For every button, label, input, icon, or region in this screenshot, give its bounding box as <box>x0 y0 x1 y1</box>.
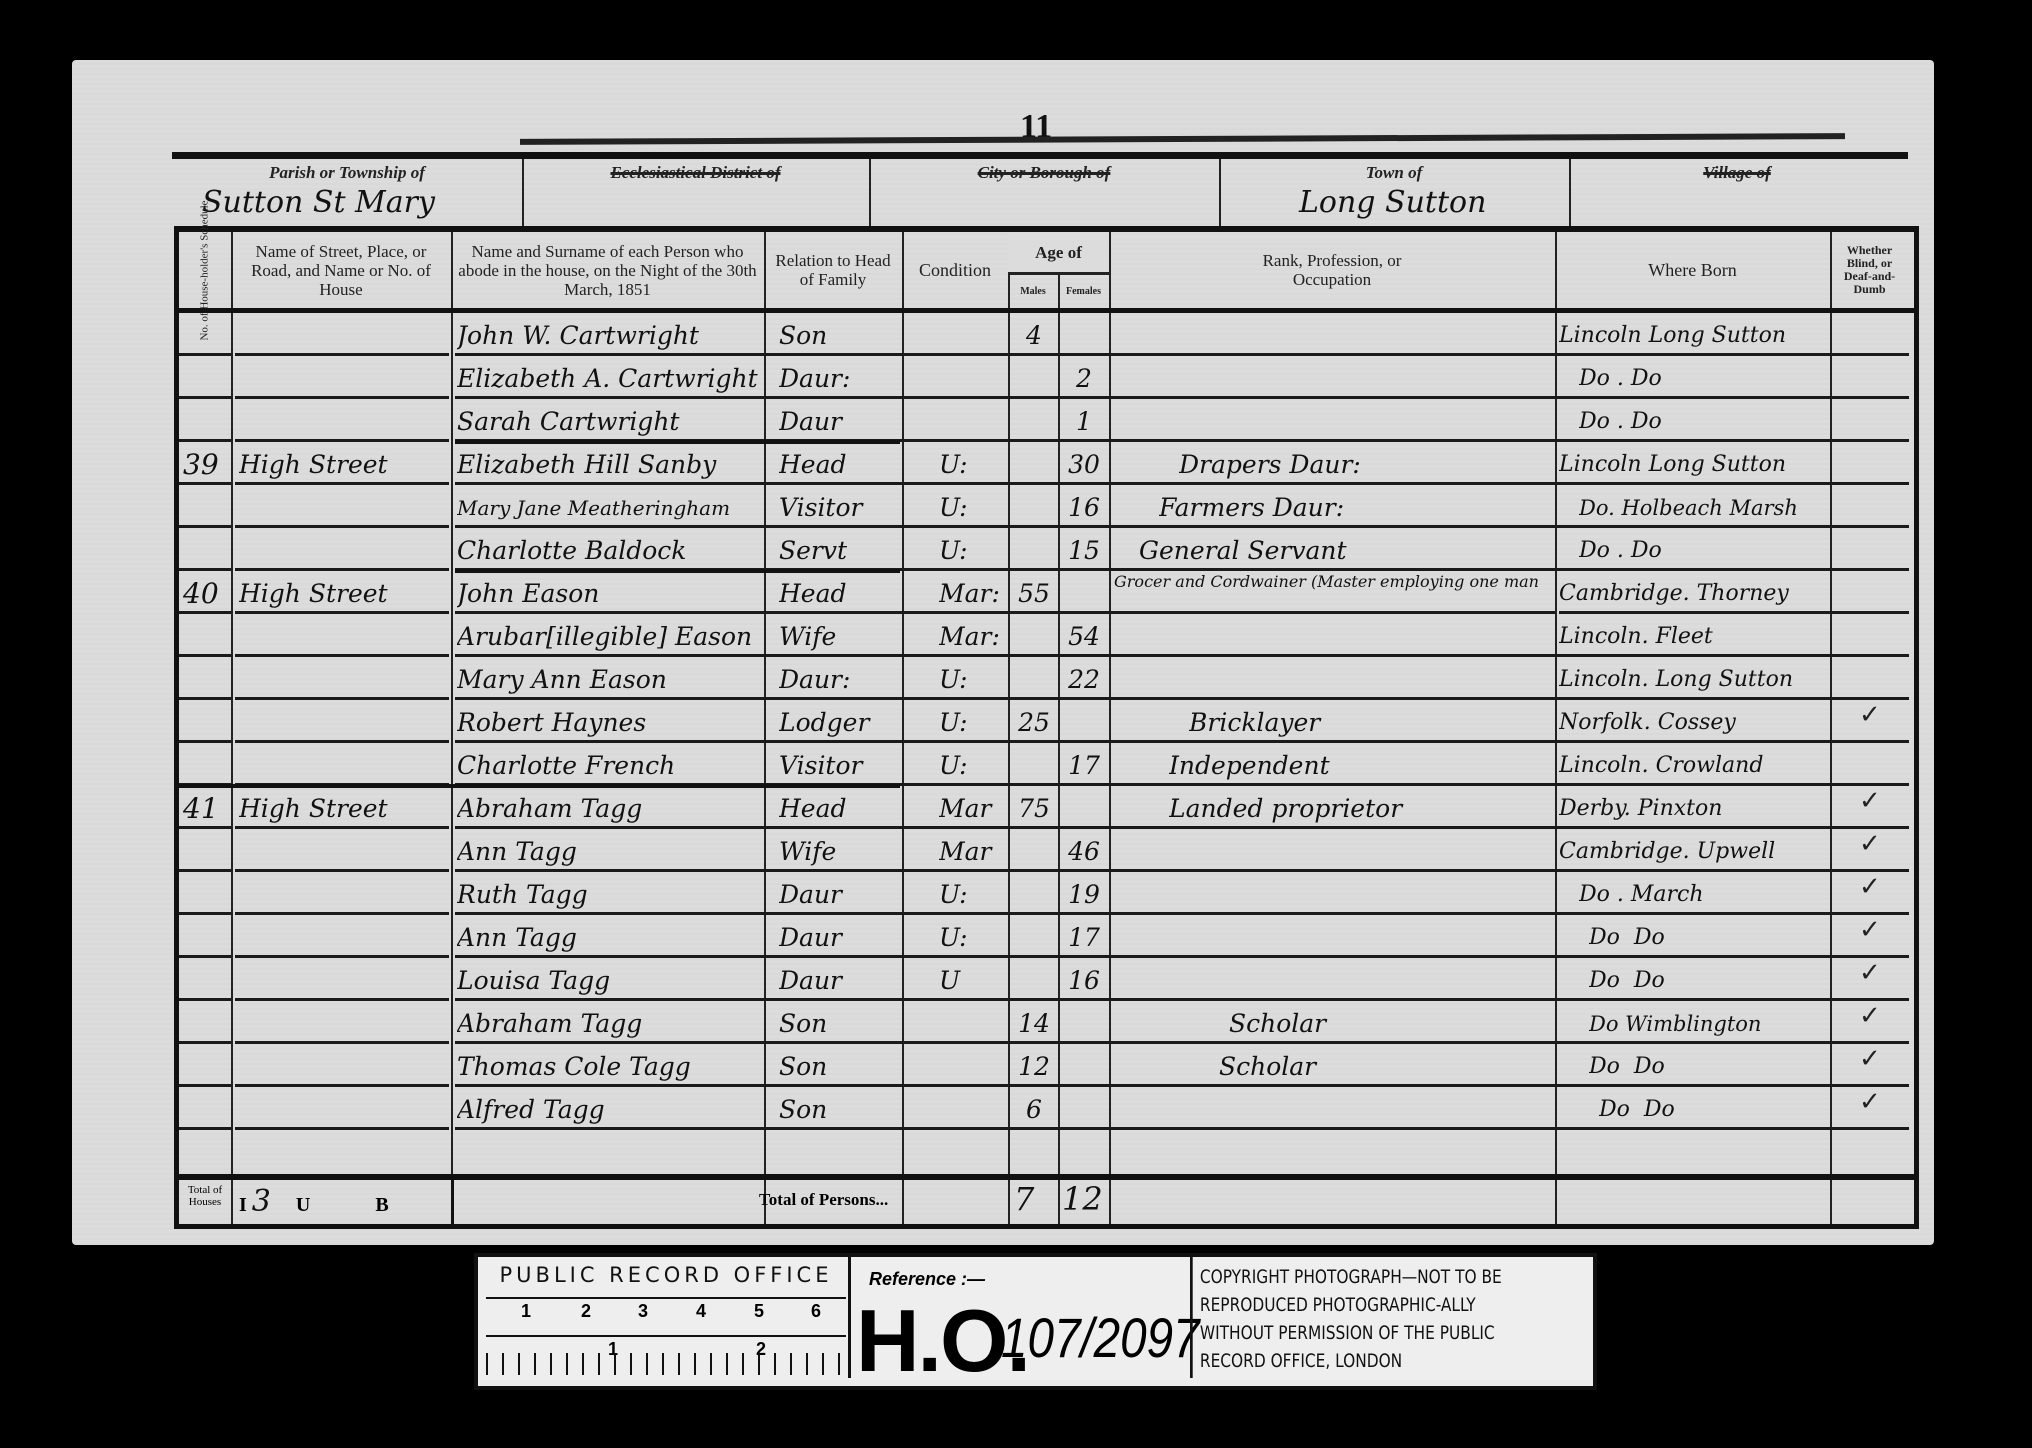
inhabited-value: 3 <box>252 1184 271 1219</box>
person-name: John Eason <box>457 571 762 614</box>
person-name: Mary Ann Eason <box>457 657 762 700</box>
schedule-number <box>183 528 229 571</box>
table-row <box>179 1130 1914 1173</box>
condition <box>939 1044 1004 1087</box>
table-row: Thomas Cole Tagg Son 12 Scholar Do Do ✓ <box>179 1044 1914 1087</box>
copyright-notice: COPYRIGHT PHOTOGRAPH—NOT TO BE REPRODUCE… <box>1190 1257 1546 1378</box>
table-row: John W. Cartwright Son 4 Lincoln Long Su… <box>179 313 1914 356</box>
header-name: Name and Surname of each Person who abod… <box>451 232 764 308</box>
street <box>239 829 444 872</box>
where-born: Lincoln. Long Sutton <box>1559 657 1829 700</box>
occupation: Bricklayer <box>1189 700 1549 743</box>
schedule-number <box>183 356 229 399</box>
females-total: 12 <box>1062 1180 1103 1218</box>
schedule-number <box>183 1044 229 1087</box>
relation: Wife <box>779 614 899 657</box>
street: High Street <box>239 571 444 614</box>
occupation: General Servant <box>1139 528 1549 571</box>
female-age <box>1062 571 1106 614</box>
table-row: Ann Tagg Wife Mar 46 Cambridge. Upwell ✓ <box>179 829 1914 872</box>
where-born: Do . March <box>1579 872 1829 915</box>
street <box>239 915 444 958</box>
female-age: 30 <box>1062 442 1106 485</box>
person-name: Abraham Tagg <box>457 1001 762 1044</box>
street <box>239 1001 444 1044</box>
ruler-section: PUBLIC RECORD OFFICE 1 2 3 4 5 6 1 2 <box>486 1263 846 1373</box>
male-age: 25 <box>1012 700 1056 743</box>
town-label: Town of <box>1219 163 1569 183</box>
table-row: Mary Ann Eason Daur: U: 22 Lincoln. Long… <box>179 657 1914 700</box>
male-age: 12 <box>1012 1044 1056 1087</box>
street <box>239 958 444 1001</box>
check-mark-icon: ✓ <box>1859 829 1881 859</box>
header-relation: Relation to Head of Family <box>764 232 902 308</box>
header-blind: Whether Blind, or Deaf-and-Dumb <box>1830 232 1909 308</box>
street <box>239 743 444 786</box>
table-row: 40 High Street John Eason Head Mar: 55 G… <box>179 571 1914 614</box>
public-record-office-label: PUBLIC RECORD OFFICE 1 2 3 4 5 6 1 2 Ref… <box>474 1253 1597 1390</box>
person-name: Alfred Tagg <box>457 1087 762 1130</box>
relation: Son <box>779 1001 899 1044</box>
person-name: Charlotte Baldock <box>457 528 762 571</box>
ecclesiastical-label: Ecclesiastical District of <box>522 163 869 183</box>
condition: U: <box>939 485 1004 528</box>
person-name: Abraham Tagg <box>457 786 762 829</box>
occupation <box>1129 399 1549 442</box>
street <box>239 1087 444 1130</box>
street: High Street <box>239 442 444 485</box>
female-age: 16 <box>1062 958 1106 1001</box>
schedule-number: 39 <box>183 442 229 485</box>
male-age <box>1012 485 1056 528</box>
check-mark-icon: ✓ <box>1859 786 1881 816</box>
occupation <box>1129 356 1549 399</box>
schedule-number: 40 <box>183 571 229 614</box>
male-age <box>1012 958 1056 1001</box>
table-row: Ruth Tagg Daur U: 19 Do . March ✓ <box>179 872 1914 915</box>
where-born: Lincoln. Fleet <box>1559 614 1829 657</box>
table-row: Ann Tagg Daur U: 17 Do Do ✓ <box>179 915 1914 958</box>
male-age <box>1012 915 1056 958</box>
relation: Son <box>779 1087 899 1130</box>
street <box>239 485 444 528</box>
condition: Mar: <box>939 571 1004 614</box>
female-age: 46 <box>1062 829 1106 872</box>
relation: Wife <box>779 829 899 872</box>
village-cell: Village of <box>1569 159 1905 231</box>
header-street: Name of Street, Place, or Road, and Name… <box>231 232 451 308</box>
table-row: Arubar[illegible] Eason Wife Mar: 54 Lin… <box>179 614 1914 657</box>
where-born: Cambridge. Thorney <box>1559 571 1829 614</box>
occupation <box>1129 915 1549 958</box>
schedule-number <box>183 700 229 743</box>
houses-counts: I 3 U B <box>239 1184 389 1219</box>
female-age: 1 <box>1062 399 1106 442</box>
schedule-number <box>183 872 229 915</box>
total-houses-label: Total of Houses <box>179 1184 231 1208</box>
reference-number: 107/2097 <box>1001 1305 1200 1370</box>
check-mark-icon: ✓ <box>1859 915 1881 945</box>
male-age: 55 <box>1012 571 1056 614</box>
office-title: PUBLIC RECORD OFFICE <box>486 1263 846 1287</box>
table-row: Louisa Tagg Daur U 16 Do Do ✓ <box>179 958 1914 1001</box>
city-cell: City or Borough of <box>869 159 1221 231</box>
female-age <box>1062 786 1106 829</box>
female-age: 2 <box>1062 356 1106 399</box>
reference-section: Reference :— H.O. 107/2097 <box>848 1257 1191 1378</box>
header-age-of: Age of <box>1008 232 1109 275</box>
person-name <box>457 1130 762 1173</box>
condition: U: <box>939 657 1004 700</box>
city-label: City or Borough of <box>869 163 1219 183</box>
where-born: Do . Do <box>1579 399 1829 442</box>
schedule-number <box>183 915 229 958</box>
condition <box>939 399 1004 442</box>
condition: U: <box>939 442 1004 485</box>
condition: Mar <box>939 786 1004 829</box>
schedule-number <box>183 1001 229 1044</box>
census-table: No. of House-holder's Schedule Name of S… <box>174 226 1919 1229</box>
table-row: Charlotte French Visitor U: 17 Independe… <box>179 743 1914 786</box>
condition: U: <box>939 872 1004 915</box>
where-born: Norfolk. Cossey <box>1559 700 1829 743</box>
check-mark-icon: ✓ <box>1859 872 1881 902</box>
table-row: Sarah Cartwright Daur 1 Do . Do <box>179 399 1914 442</box>
table-row: Mary Jane Meatheringham Visitor U: 16 Fa… <box>179 485 1914 528</box>
condition <box>939 313 1004 356</box>
occupation: Drapers Daur: <box>1179 442 1549 485</box>
female-age: 17 <box>1062 743 1106 786</box>
condition: Mar: <box>939 614 1004 657</box>
street <box>239 1044 444 1087</box>
male-age <box>1012 399 1056 442</box>
female-age <box>1062 313 1106 356</box>
occupation: Scholar <box>1229 1001 1549 1044</box>
parish-label: Parish or Township of <box>172 163 522 183</box>
check-mark-icon: ✓ <box>1859 1001 1881 1031</box>
occupation <box>1129 1087 1549 1130</box>
female-age <box>1062 1087 1106 1130</box>
occupation: Independent <box>1169 743 1549 786</box>
where-born: Lincoln. Crowland <box>1559 743 1829 786</box>
condition: U: <box>939 528 1004 571</box>
where-born: Do . Do <box>1579 528 1829 571</box>
males-total: 7 <box>1014 1180 1034 1218</box>
schedule-number <box>183 1087 229 1130</box>
occupation: Scholar <box>1219 1044 1549 1087</box>
table-row: 41 High Street Abraham Tagg Head Mar 75 … <box>179 786 1914 829</box>
table-row: Abraham Tagg Son 14 Scholar Do Wimblingt… <box>179 1001 1914 1044</box>
reference-label: Reference :— <box>869 1269 985 1290</box>
relation: Lodger <box>779 700 899 743</box>
condition <box>939 1001 1004 1044</box>
person-name: Ann Tagg <box>457 915 762 958</box>
person-name: John W. Cartwright <box>457 313 762 356</box>
male-age: 14 <box>1012 1001 1056 1044</box>
building-prefix: B <box>375 1194 388 1216</box>
relation: Head <box>779 786 899 829</box>
relation: Son <box>779 313 899 356</box>
where-born: Do Do <box>1599 1087 1829 1130</box>
schedule-number <box>183 614 229 657</box>
parish-cell: Parish or Township of Sutton St Mary <box>172 159 524 231</box>
where-born: Lincoln Long Sutton <box>1559 313 1829 356</box>
relation: Daur: <box>779 356 899 399</box>
male-age <box>1012 657 1056 700</box>
street <box>239 657 444 700</box>
table-row: 39 High Street Elizabeth Hill Sanby Head… <box>179 442 1914 485</box>
female-age <box>1062 1001 1106 1044</box>
condition: U: <box>939 915 1004 958</box>
parish-value: Sutton St Mary <box>202 185 435 220</box>
town-cell: Town of Long Sutton <box>1219 159 1571 231</box>
where-born: Do. Holbeach Marsh <box>1579 485 1829 528</box>
street: High Street <box>239 786 444 829</box>
total-persons-label: Total of Persons... <box>759 1190 888 1210</box>
occupation <box>1129 958 1549 1001</box>
occupation <box>1129 614 1549 657</box>
schedule-number <box>183 313 229 356</box>
male-age <box>1012 872 1056 915</box>
male-age <box>1012 356 1056 399</box>
check-mark-icon: ✓ <box>1859 1087 1881 1117</box>
female-age: 19 <box>1062 872 1106 915</box>
male-age: 75 <box>1012 786 1056 829</box>
person-name: Thomas Cole Tagg <box>457 1044 762 1087</box>
occupation <box>1129 829 1549 872</box>
totals-row: Total of Houses I 3 U B Total of Persons… <box>179 1174 1914 1224</box>
condition <box>939 356 1004 399</box>
header-occupation: Rank, Profession, or Occupation <box>1109 232 1555 308</box>
ecclesiastical-cell: Ecclesiastical District of <box>522 159 871 231</box>
table-row: Elizabeth A. Cartwright Daur: 2 Do . Do <box>179 356 1914 399</box>
relation: Head <box>779 571 899 614</box>
check-mark-icon: ✓ <box>1859 958 1881 988</box>
street <box>239 700 444 743</box>
relation: Daur <box>779 958 899 1001</box>
relation: Daur <box>779 399 899 442</box>
table-row: Robert Haynes Lodger U: 25 Bricklayer No… <box>179 700 1914 743</box>
male-age <box>1012 614 1056 657</box>
schedule-number: 41 <box>183 786 229 829</box>
female-age: 17 <box>1062 915 1106 958</box>
relation: Visitor <box>779 743 899 786</box>
street <box>239 872 444 915</box>
schedule-number <box>183 657 229 700</box>
street <box>239 614 444 657</box>
person-name: Ann Tagg <box>457 829 762 872</box>
where-born: Do Do <box>1589 958 1829 1001</box>
condition <box>939 1087 1004 1130</box>
inhabited-prefix: I <box>239 1194 247 1216</box>
where-born: Do Do <box>1589 915 1829 958</box>
condition: U: <box>939 743 1004 786</box>
village-label: Village of <box>1569 163 1905 183</box>
condition: U <box>939 958 1004 1001</box>
schedule-number <box>183 829 229 872</box>
schedule-number <box>183 958 229 1001</box>
schedule-number <box>183 485 229 528</box>
where-born: Lincoln Long Sutton <box>1559 442 1829 485</box>
header-females: Females <box>1058 275 1109 308</box>
male-age <box>1012 528 1056 571</box>
occupation: Landed proprietor <box>1169 786 1549 829</box>
condition: U: <box>939 700 1004 743</box>
where-born: Cambridge. Upwell <box>1559 829 1829 872</box>
person-name: Louisa Tagg <box>457 958 762 1001</box>
female-age: 16 <box>1062 485 1106 528</box>
relation: Servt <box>779 528 899 571</box>
schedule-number <box>183 399 229 442</box>
male-age: 6 <box>1012 1087 1056 1130</box>
person-name: Sarah Cartwright <box>457 399 762 442</box>
where-born: Derby. Pinxton <box>1559 786 1829 829</box>
table-row: Charlotte Baldock Servt U: 15 General Se… <box>179 528 1914 571</box>
female-age: 22 <box>1062 657 1106 700</box>
person-name: Elizabeth A. Cartwright <box>457 356 762 399</box>
check-mark-icon: ✓ <box>1859 1044 1881 1074</box>
female-age <box>1062 700 1106 743</box>
relation: Daur: <box>779 657 899 700</box>
person-name: Arubar[illegible] Eason <box>457 614 762 657</box>
header-schedule: No. of House-holder's Schedule <box>179 232 231 308</box>
condition: Mar <box>939 829 1004 872</box>
town-value: Long Sutton <box>1299 185 1486 220</box>
occupation <box>1129 872 1549 915</box>
location-header: Parish or Township of Sutton St Mary Ecc… <box>172 152 1908 233</box>
where-born: Do . Do <box>1579 356 1829 399</box>
where-born: Do Do <box>1589 1044 1829 1087</box>
relation: Head <box>779 442 899 485</box>
person-name: Robert Haynes <box>457 700 762 743</box>
uninhabited-prefix: U <box>296 1194 310 1216</box>
male-age: 4 <box>1012 313 1056 356</box>
check-mark-icon: ✓ <box>1859 700 1881 730</box>
scale-ruler: 1 2 3 4 5 6 1 2 <box>486 1297 846 1375</box>
street <box>239 528 444 571</box>
occupation <box>1129 657 1549 700</box>
table-row: Alfred Tagg Son 6 Do Do ✓ <box>179 1087 1914 1130</box>
header-where-born: Where Born <box>1555 232 1830 308</box>
female-age <box>1062 1044 1106 1087</box>
person-name: Elizabeth Hill Sanby <box>457 442 762 485</box>
relation: Daur <box>779 915 899 958</box>
person-name: Mary Jane Meatheringham <box>457 485 762 528</box>
street <box>239 399 444 442</box>
female-age: 54 <box>1062 614 1106 657</box>
female-age: 15 <box>1062 528 1106 571</box>
relation: Son <box>779 1044 899 1087</box>
male-age <box>1012 829 1056 872</box>
schedule-number <box>183 743 229 786</box>
male-age <box>1012 743 1056 786</box>
male-age <box>1012 442 1056 485</box>
relation: Daur <box>779 872 899 915</box>
where-born: Do Wimblington <box>1589 1001 1829 1044</box>
person-name: Charlotte French <box>457 743 762 786</box>
header-males: Males <box>1008 275 1058 308</box>
header-condition: Condition <box>902 232 1008 308</box>
person-name: Ruth Tagg <box>457 872 762 915</box>
relation: Visitor <box>779 485 899 528</box>
street <box>239 356 444 399</box>
occupation <box>1129 313 1549 356</box>
occupation: Farmers Daur: <box>1159 485 1549 528</box>
street <box>239 313 444 356</box>
